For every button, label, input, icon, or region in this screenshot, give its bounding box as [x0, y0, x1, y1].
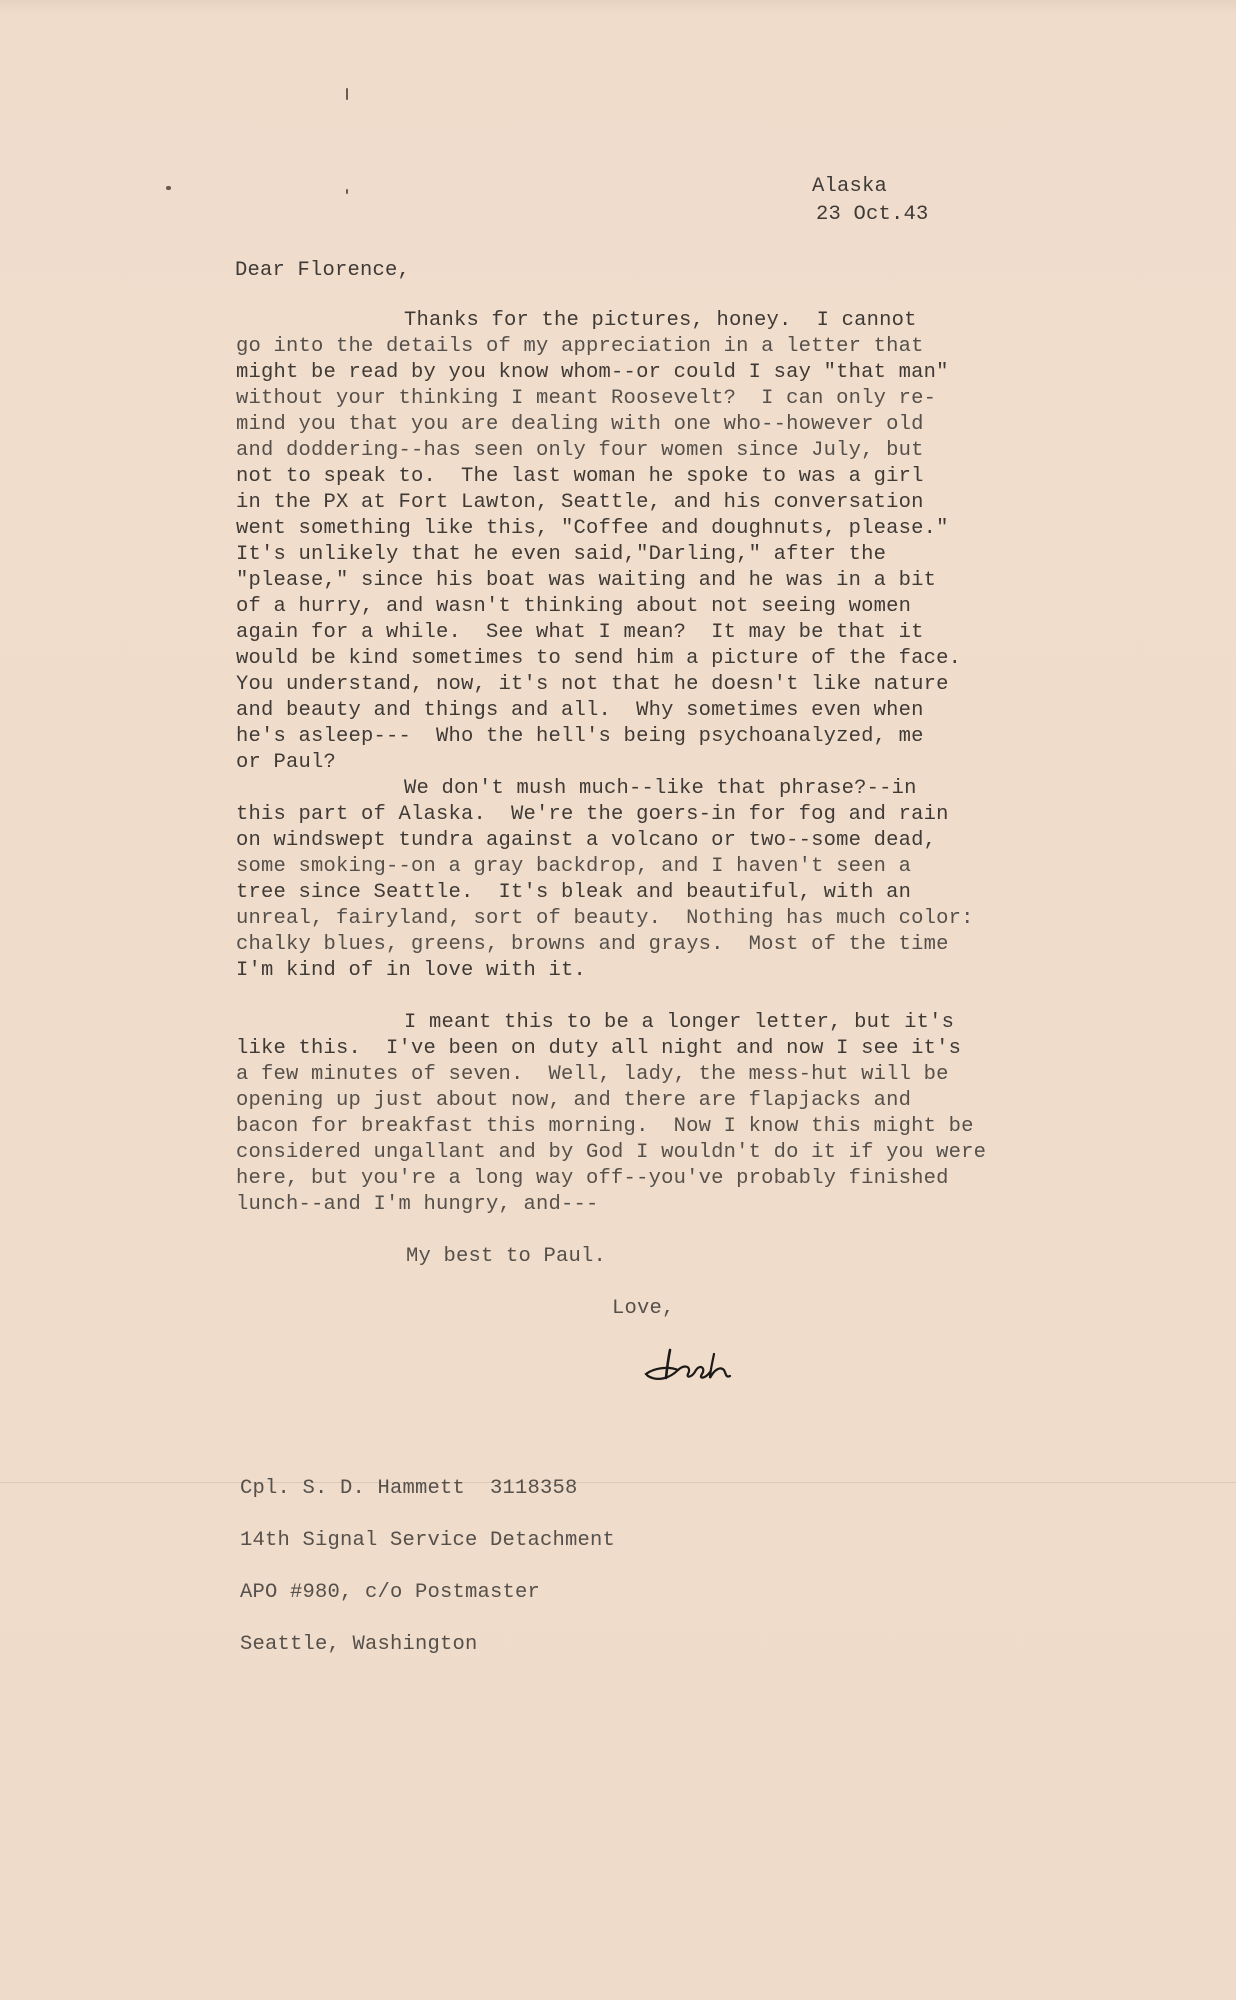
body-line: We don't mush much--like that phrase?--i… [404, 776, 917, 802]
paper-fold [0, 1482, 1236, 1483]
body-line: a few minutes of seven. Well, lady, the … [236, 1062, 949, 1088]
body-line: some smoking--on a gray backdrop, and I … [236, 854, 911, 880]
body-line: I meant this to be a longer letter, but … [404, 1010, 954, 1036]
body-line: like this. I've been on duty all night a… [236, 1036, 961, 1062]
body-line: Thanks for the pictures, honey. I cannot [404, 308, 917, 334]
body-line: bacon for breakfast this morning. Now I … [236, 1114, 974, 1140]
paper-speck [166, 186, 171, 190]
body-line: unreal, fairyland, sort of beauty. Nothi… [236, 906, 974, 932]
body-line: tree since Seattle. It's bleak and beaut… [236, 880, 911, 906]
paper-speck [346, 189, 348, 194]
body-line: this part of Alaska. We're the goers-in … [236, 802, 949, 828]
address-line-4: Seattle, Washington [240, 1632, 478, 1658]
body-line: You understand, now, it's not that he do… [236, 672, 949, 698]
body-line: might be read by you know whom--or could… [236, 360, 949, 386]
body-line: would be kind sometimes to send him a pi… [236, 646, 961, 672]
body-line: he's asleep--- Who the hell's being psyc… [236, 724, 924, 750]
body-line: and doddering--has seen only four women … [236, 438, 924, 464]
body-line: here, but you're a long way off--you've … [236, 1166, 949, 1192]
body-line: go into the details of my appreciation i… [236, 334, 924, 360]
body-line: again for a while. See what I mean? It m… [236, 620, 924, 646]
body-line: or Paul? [236, 750, 336, 776]
body-line: opening up just about now, and there are… [236, 1088, 911, 1114]
body-line: lunch--and I'm hungry, and--- [236, 1192, 599, 1218]
handwritten-signature [640, 1346, 750, 1392]
body-line: without your thinking I meant Roosevelt?… [236, 386, 936, 412]
body-line: of a hurry, and wasn't thinking about no… [236, 594, 911, 620]
body-line: went something like this, "Coffee and do… [236, 516, 949, 542]
body-line: and beauty and things and all. Why somet… [236, 698, 924, 724]
body-line: It's unlikely that he even said,"Darling… [236, 542, 886, 568]
body-line: in the PX at Fort Lawton, Seattle, and h… [236, 490, 924, 516]
letter-place: Alaska [812, 174, 887, 200]
body-line: chalky blues, greens, browns and grays. … [236, 932, 949, 958]
body-line: on windswept tundra against a volcano or… [236, 828, 936, 854]
body-line: I'm kind of in love with it. [236, 958, 586, 984]
address-line-1: Cpl. S. D. Hammett 3118358 [240, 1476, 578, 1502]
body-line: not to speak to. The last woman he spoke… [236, 464, 924, 490]
address-line-3: APO #980, c/o Postmaster [240, 1580, 540, 1606]
body-line: mind you that you are dealing with one w… [236, 412, 924, 438]
body-line: considered ungallant and by God I wouldn… [236, 1140, 986, 1166]
paper-speck [346, 88, 348, 100]
address-line-2: 14th Signal Service Detachment [240, 1528, 615, 1554]
letter-date: 23 Oct.43 [816, 202, 929, 228]
salutation: Dear Florence, [235, 258, 410, 284]
valediction: Love, [612, 1296, 675, 1322]
body-line: "please," since his boat was waiting and… [236, 568, 936, 594]
letter-paper [0, 0, 1236, 2000]
closing-regards: My best to Paul. [406, 1244, 606, 1270]
